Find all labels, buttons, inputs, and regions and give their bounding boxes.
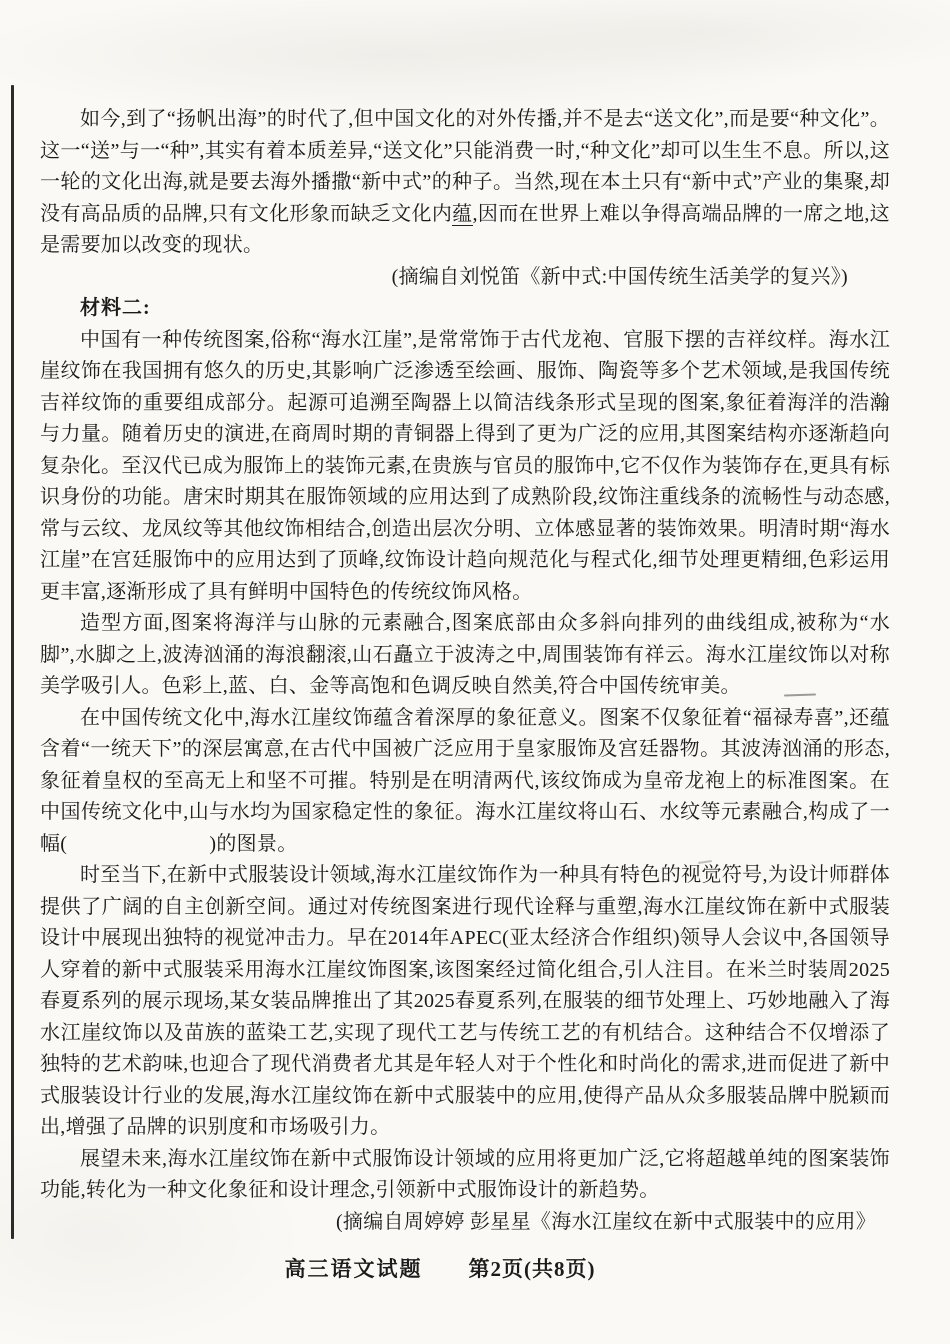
material2-heading: 材料二: [40, 293, 890, 325]
underlined-character: 蕴 [452, 203, 472, 226]
exam-reading-passage: 如今,到了“扬帆出海”的时代了,但中国文化的对外传播,并不是去“送文化”,而是要… [40, 104, 890, 1238]
material2-paragraph-design: 造型方面,图案将海洋与山脉的元素融合,图案底部由众多斜向排列的曲线组成,被称为“… [40, 608, 890, 703]
material2-paragraph-outlook: 展望未来,海水江崖纹饰在新中式服饰设计领域的应用将更加广泛,它将超越单纯的图案装… [40, 1144, 890, 1207]
material1-source-attribution: (摘编自刘悦笛《新中式:中国传统生活美学的复兴》) [40, 262, 890, 294]
page-number: 第2页(共8页) [469, 1253, 596, 1283]
material2-paragraph-symbolism: 在中国传统文化中,海水江崖纹饰蕴含着深厚的象征意义。图案不仅象征着“福禄寿喜”,… [40, 703, 890, 861]
material2-paragraph-history: 中国有一种传统图案,俗称“海水江崖”,是常常饰于古代龙袍、官服下摆的吉祥纹样。海… [40, 325, 890, 609]
page-footer: 高三语文试题 第2页(共8页) [0, 1253, 880, 1283]
material1-paragraph: 如今,到了“扬帆出海”的时代了,但中国文化的对外传播,并不是去“送文化”,而是要… [40, 104, 890, 262]
exam-title: 高三语文试题 [285, 1253, 423, 1283]
material2-source-attribution: (摘编自周婷婷 彭星星《海水江崖纹在新中式服装中的应用》 [40, 1207, 890, 1239]
material2-paragraph-modern-application: 时至当下,在新中式服装设计领域,海水江崖纹饰作为一种具有特色的视觉符号,为设计师… [40, 860, 890, 1144]
scan-left-edge-line [11, 85, 14, 1239]
